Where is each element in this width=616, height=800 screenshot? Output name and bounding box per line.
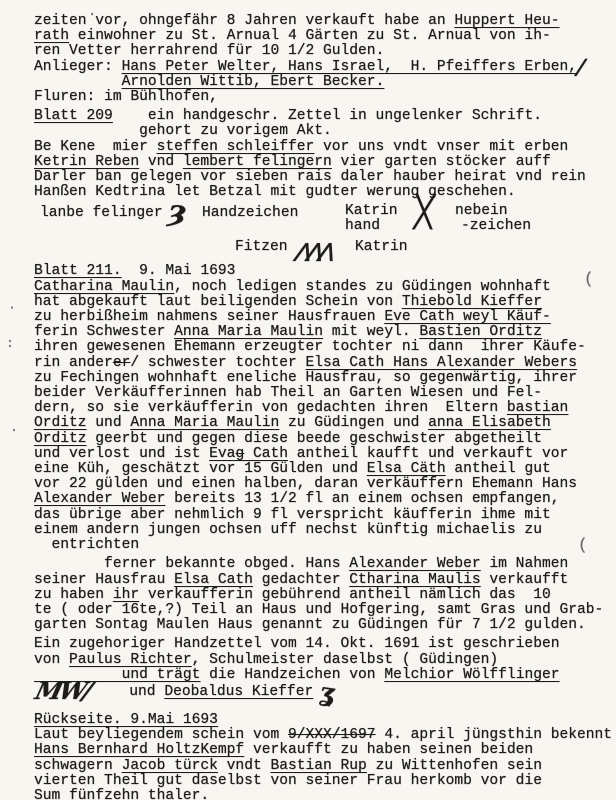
text-segment: ein handgeschr. Zettel in ungelenker Sch… bbox=[113, 108, 542, 124]
underlined-text: steffen schleiffer bbox=[157, 139, 315, 155]
text-line: entrichten bbox=[34, 538, 616, 553]
text-line: Rückseite. 9.Mai 1693 bbox=[34, 713, 616, 728]
signature-line-kieffer: MW/und Deobaldus Kiefferʓ bbox=[34, 683, 616, 707]
text-segment: das übrige aber nehmlich 9 fl verspricht… bbox=[34, 507, 551, 523]
text-segment: 4. april jüngsthin bekennt bbox=[376, 727, 612, 743]
text-segment: zu haben bbox=[34, 587, 113, 603]
text-segment: Be Kene mier bbox=[34, 139, 157, 155]
underlined-text: Elsa Cath bbox=[174, 572, 253, 588]
underlined-text: Elsa Cäth bbox=[367, 461, 446, 477]
underlined-text: lembert felingern bbox=[183, 154, 332, 170]
text-line: te ( oder 16te,?) Teil an Haus und Hofge… bbox=[34, 603, 616, 618]
text-line: und verlost und ist Evag Cath antheil ka… bbox=[34, 447, 616, 462]
text-segment: gehort zu vorigem Akt. bbox=[34, 123, 332, 139]
text-line: Ein zugehoriger Handzettel vom 14. Okt. … bbox=[34, 637, 616, 652]
handzeichen-label: Handzeichen bbox=[202, 206, 298, 221]
text-segment: vier garten stöcker auff bbox=[332, 154, 551, 170]
text-segment: vnd bbox=[139, 154, 183, 170]
underlined-text: Bastian Rup bbox=[270, 758, 366, 774]
underlined-text: Orditz bbox=[34, 431, 87, 447]
text-segment: 9. Mai 1693 bbox=[122, 263, 236, 279]
text-line: Blatt 211. 9. Mai 1693 bbox=[34, 264, 616, 279]
text-segment: vndt bbox=[218, 758, 271, 774]
text-line: zeiten vor, ohngefähr 8 Jahren verkauft … bbox=[34, 14, 616, 29]
zeichen-label: -zeichen bbox=[461, 219, 531, 234]
paragraph-rueckseite: Rückseite. 9.Mai 1693Laut beyliegendem s… bbox=[34, 713, 616, 800]
text-line: garten Sontag Maulen Haus genannt zu Güd… bbox=[34, 618, 616, 633]
text-line: Orditz und Anna Maria Maulin zu Güdingen… bbox=[34, 416, 616, 431]
underlined-text: Hans Bernhard HoltzKempf bbox=[34, 742, 244, 758]
underlined-text: anna Elisabeth bbox=[428, 415, 551, 431]
joiner-text: und bbox=[129, 684, 164, 700]
text-line: ihren gewesenen Ehemann erzeugter tochte… bbox=[34, 340, 616, 355]
text-line: Sum fünfzehn thaler. bbox=[34, 789, 616, 800]
text-segment: ihren gewesenen Ehemann erzeugter tochte… bbox=[34, 339, 586, 355]
text-line: ferner bekannte obged. Hans Alexander We… bbox=[34, 557, 616, 572]
underlined-text: Blatt 211. bbox=[34, 263, 122, 279]
text-segment: entrichten bbox=[34, 537, 139, 553]
text-line: Be Kene mier steffen schleiffer vor uns … bbox=[34, 140, 616, 155]
text-segment: verkaufferin gebührend antheil nämlich d… bbox=[139, 587, 551, 603]
text-line: Anlieger: Hans Peter Welter, Hans Israel… bbox=[34, 60, 616, 75]
underlined-text: Ketrin Reben bbox=[34, 154, 139, 170]
text-segment: einwohner zu St. Arnual 4 Gärten zu St. … bbox=[69, 28, 551, 44]
text-line: beider Verkäufferinnen hab Theil an Gart… bbox=[34, 386, 616, 401]
text-segment: te ( oder 16te,?) Teil an Haus und Hofge… bbox=[34, 602, 603, 618]
paragraph-blatt-209: Blatt 209 ein handgeschr. Zettel in unge… bbox=[34, 109, 616, 200]
text-segment: vor 22 gülden und einen halben, daran ve… bbox=[34, 476, 577, 492]
text-segment: Sum fünfzehn thaler. bbox=[34, 788, 209, 800]
text-line: von Paulus Richter, Schulmeister daselbs… bbox=[34, 653, 616, 668]
text-segment: von bbox=[34, 652, 69, 668]
text-line: gehort zu vorigem Akt. bbox=[34, 124, 616, 139]
text-line: rin anderer/ schwester tochter Elsa Cath… bbox=[34, 356, 616, 371]
underlined-text: und trägt bbox=[122, 667, 201, 683]
text-line: schwagern Jacob türck vndt Bastian Rup z… bbox=[34, 759, 616, 774]
document-page: zeiten vor, ohngefähr 8 Jahren verkauft … bbox=[0, 0, 616, 800]
underlined-text: Anna Maria Maulin bbox=[130, 415, 279, 431]
stray-scan-mark: . bbox=[10, 420, 18, 435]
underlined-text: Hans Peter Welter, Hans Israel, H. Pfeif… bbox=[122, 59, 577, 75]
text-segment: geerbt und gegen diese beede geschwister… bbox=[87, 431, 542, 447]
text-segment: zu Fechingen wohnhaft eneliche Hausfrau,… bbox=[34, 370, 577, 386]
signer-name-felinger: lanbe felinger bbox=[40, 206, 163, 221]
text-segment: ferin Schwester bbox=[34, 324, 174, 340]
text-line: Hans Bernhard HoltzKempf verkaufft zu ha… bbox=[34, 743, 616, 758]
text-line: Ketrin Reben vnd lembert felingern vier … bbox=[34, 155, 616, 170]
text-segment: Anlieger: bbox=[34, 59, 122, 75]
text-segment: Fluren: im Bühlhofen, bbox=[34, 89, 218, 105]
signature-block-blatt-209: lanbe felinger ȝ Handzeichen Katrin hand… bbox=[34, 204, 616, 260]
stray-scan-mark: · bbox=[88, 8, 96, 23]
felinger-handmark-icon: ȝ bbox=[167, 202, 187, 224]
stray-scan-mark: : bbox=[6, 336, 14, 351]
text-line: Fluren: im Bühlhofen, bbox=[34, 90, 616, 105]
underlined-text: Paulus Richter bbox=[69, 652, 192, 668]
text-line: einem andern jungen ochsen uff nechst kü… bbox=[34, 523, 616, 538]
text-segment: gedachter bbox=[253, 572, 349, 588]
text-segment: , noch ledigen standes zu Güdingen wohnh… bbox=[174, 279, 551, 295]
text-line: zu Fechingen wohnhaft eneliche Hausfrau,… bbox=[34, 371, 616, 386]
slash-mark: / bbox=[576, 62, 585, 72]
text-segment: seiner Hausfrau bbox=[34, 572, 174, 588]
signer-name-fitzen: Fitzen bbox=[235, 240, 288, 255]
underlined-text: Alexander Weber bbox=[34, 491, 165, 507]
text-segment: verkaufft zu haben seinen beiden bbox=[244, 742, 533, 758]
paragraph-handzettel: Ein zugehoriger Handzettel vom 14. Okt. … bbox=[34, 637, 616, 707]
text-segment: Hanßen Kedtrina let Betzal mit gudter we… bbox=[34, 184, 516, 200]
text-segment: antheil kaufft und verkauft vor bbox=[288, 446, 568, 462]
underlined-text: Thiebold Kieffer bbox=[402, 294, 542, 310]
text-segment: Ein zugehoriger Handzettel vom 14. Okt. … bbox=[34, 636, 559, 652]
underlined-text: Melchior Wölfflinger bbox=[384, 667, 559, 683]
text-segment: ren Vetter herrahrend für 10 1/2 Gulden. bbox=[34, 43, 384, 59]
underlined-text: Blatt 209 bbox=[34, 108, 113, 124]
text-segment: garten Sontag Maulen Haus genannt zu Güd… bbox=[34, 617, 586, 633]
underlined-text: bastian bbox=[507, 400, 568, 416]
text-segment: zu Wittenhofen sein bbox=[367, 758, 542, 774]
kieffer-handmark-icon: ʓ bbox=[318, 685, 335, 702]
text-line: das übrige aber nehmlich 9 fl verspricht… bbox=[34, 508, 616, 523]
text-segment: Darler ban gelegen vor sieben rais daler… bbox=[34, 169, 586, 185]
text-segment: antheil gut bbox=[446, 461, 551, 477]
text-line: zu herbißheim nahmens seiner Hausfrauen … bbox=[34, 310, 616, 325]
underlined-text: Cath bbox=[244, 446, 288, 462]
text-line: Catharina Maulin, noch ledigen standes z… bbox=[34, 280, 616, 295]
text-segment: er bbox=[113, 355, 131, 371]
underlined-text: Huppert Heu- bbox=[454, 13, 559, 29]
fitzen-zigzag-handmark-icon: ⋀⋀⋀ bbox=[294, 244, 330, 259]
text-segment: die Handzeichen von bbox=[200, 667, 384, 683]
text-segment: , Schulmeister daselbst ( Güdingen) bbox=[192, 652, 499, 668]
text-segment: vor uns vndt vnser mit erben bbox=[314, 139, 568, 155]
underlined-text: Eve Cath weyl Käuf- bbox=[384, 309, 550, 325]
underlined-text: Ctharina Maulis bbox=[349, 572, 480, 588]
text-segment: / schwester tochter bbox=[130, 355, 305, 371]
underlined-text: rath bbox=[34, 28, 69, 44]
text-segment: einem andern jungen ochsen uff nechst kü… bbox=[34, 522, 542, 538]
signer-name-katrin-2: Katrin bbox=[355, 240, 408, 255]
paragraph-ferner-bekannte: ferner bekannte obged. Hans Alexander We… bbox=[34, 557, 616, 633]
text-segment: dern, so sie verkäufferin von gedachten … bbox=[34, 400, 507, 416]
underlined-text: Catharina Maulin bbox=[34, 279, 174, 295]
text-segment: und bbox=[87, 415, 131, 431]
text-segment: und verlost und ist bbox=[34, 446, 209, 462]
text-segment: zeiten vor, ohngefähr 8 Jahren verkauft … bbox=[34, 13, 454, 29]
text-line: Arnolden Wittib, Ebert Becker. bbox=[34, 75, 616, 90]
paragraph-blatt-211: Blatt 211. 9. Mai 1693Catharina Maulin, … bbox=[34, 264, 616, 553]
text-line: ren Vetter herrahrend für 10 1/2 Gulden. bbox=[34, 44, 616, 59]
underlined-text: Anna Maria Maulin bbox=[174, 324, 323, 340]
underlined-text: Jacob türck bbox=[122, 758, 218, 774]
text-segment: Laut beyliegendem schein vom bbox=[34, 727, 288, 743]
text-line: Hanßen Kedtrina let Betzal mit gudter we… bbox=[34, 185, 616, 200]
melchior-mw-handmark-icon: MW/ bbox=[34, 683, 91, 698]
text-segment: verkaufft bbox=[481, 572, 569, 588]
underlined-text: Alexander Weber bbox=[349, 556, 480, 572]
underlined-text: ihr bbox=[113, 587, 139, 603]
text-segment: eine Küh, geschätzt vor 15 Gülden und bbox=[34, 461, 367, 477]
paragraph-blatt-208-verso: zeiten vor, ohngefähr 8 Jahren verkauft … bbox=[34, 14, 616, 105]
stray-scan-mark: · bbox=[8, 300, 16, 315]
text-segment: beider Verkäufferinnen hab Theil an Gart… bbox=[34, 385, 542, 401]
text-line: zu haben ihr verkaufferin gebührend anth… bbox=[34, 588, 616, 603]
text-segment: hat abgekauft laut beiligenden Schein vo… bbox=[34, 294, 402, 310]
text-line: hat abgekauft laut beiligenden Schein vo… bbox=[34, 295, 616, 310]
text-segment: g bbox=[235, 446, 244, 462]
text-segment: rin ander bbox=[34, 355, 113, 371]
text-segment: vierten Theil gut daselbst von seiner Fr… bbox=[34, 773, 542, 789]
underlined-text: Orditz bbox=[34, 415, 87, 431]
text-segment: mit weyl. bbox=[323, 324, 419, 340]
paragraph-handzettel-lines: Ein zugehoriger Handzettel vom 14. Okt. … bbox=[34, 637, 616, 683]
underlined-text: Bastien Orditz bbox=[419, 324, 542, 340]
underlined-text: Rückseite. 9.Mai 1693 bbox=[34, 712, 218, 728]
text-line: Alexander Weber bereits 13 1/2 fl an ein… bbox=[34, 492, 616, 507]
katrin-hand-label: hand bbox=[345, 219, 380, 234]
text-segment bbox=[34, 74, 122, 90]
stray-scan-mark: ( bbox=[578, 538, 588, 553]
text-segment: zu Güdingen und bbox=[279, 415, 428, 431]
signer-name-deobaldus-kieffer: Deobaldus Kieffer bbox=[164, 684, 313, 700]
text-segment: ferner bekannte obged. Hans bbox=[34, 556, 349, 572]
text-line: seiner Hausfrau Elsa Cath gedachter Ctha… bbox=[34, 573, 616, 588]
underlined-text: Elsa Cath Hans Alexander Webers bbox=[306, 355, 578, 371]
text-line: vierten Theil gut daselbst von seiner Fr… bbox=[34, 774, 616, 789]
text-segment: 9/XXX/1697 bbox=[288, 727, 376, 743]
text-line: eine Küh, geschätzt vor 15 Gülden und El… bbox=[34, 462, 616, 477]
katrin-x-handmark-icon: ╳ bbox=[414, 200, 435, 226]
text-line: Darler ban gelegen vor sieben rais daler… bbox=[34, 170, 616, 185]
text-segment: im Nahmen bbox=[481, 556, 569, 572]
text-segment: zu herbißheim nahmens seiner Hausfrauen bbox=[34, 309, 384, 325]
text-line: Orditz geerbt und gegen diese beede gesc… bbox=[34, 432, 616, 447]
stray-scan-mark: ( bbox=[584, 272, 594, 287]
underlined-text: Arnolden Wittib, Ebert Becker. bbox=[122, 74, 385, 90]
underlined-text: Eva bbox=[209, 446, 235, 462]
text-segment: bereits 13 1/2 fl an einem ochsen empfan… bbox=[165, 491, 559, 507]
text-segment: schwagern bbox=[34, 758, 122, 774]
